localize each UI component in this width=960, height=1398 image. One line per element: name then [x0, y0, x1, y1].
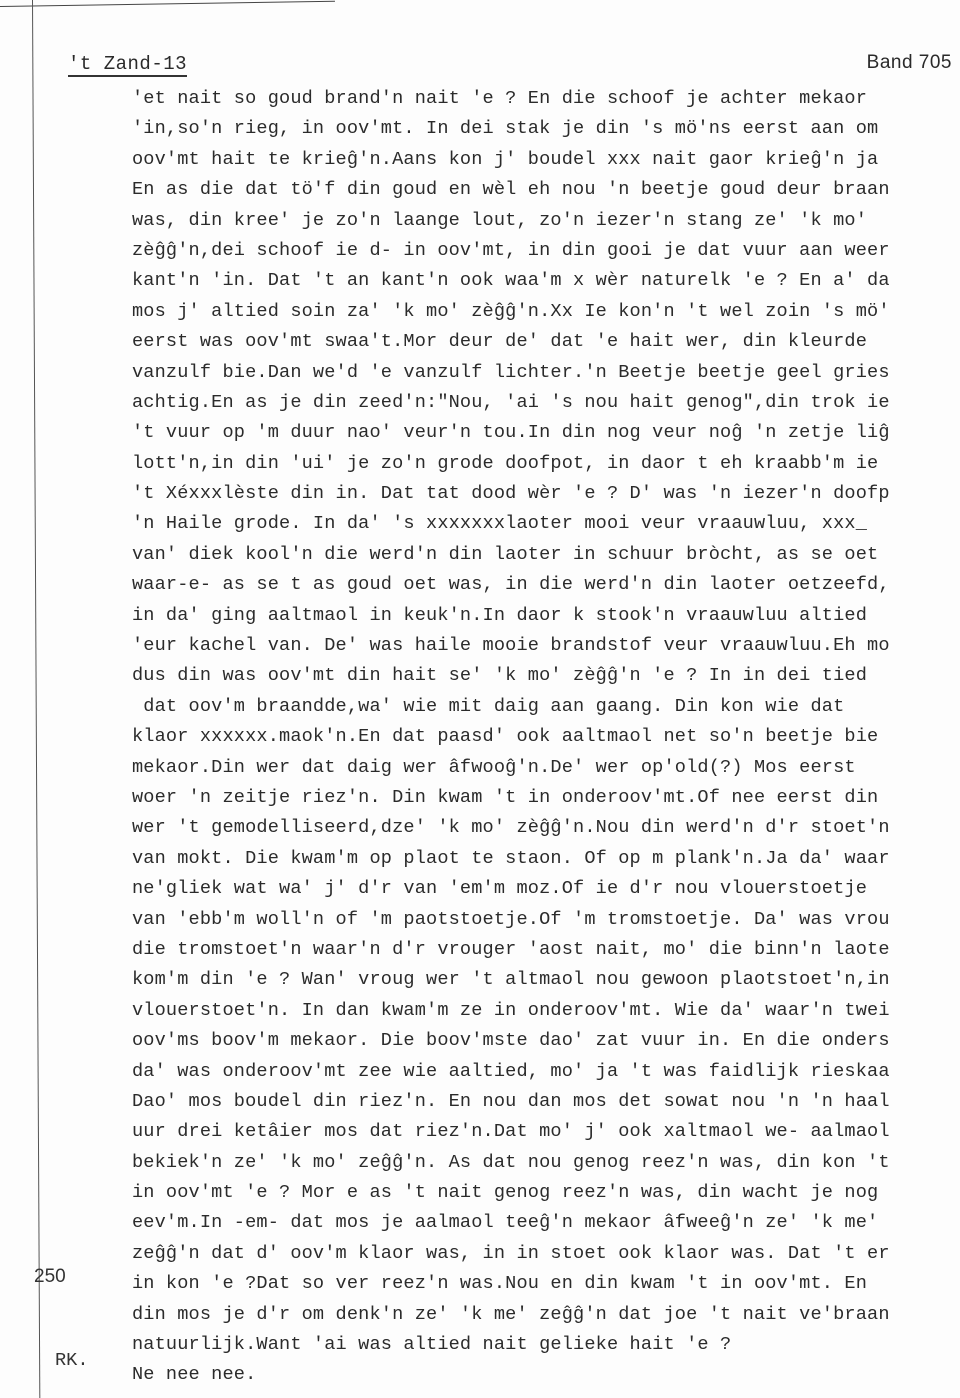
transcript-line: En as die dat tö'f din goud en wèl eh no…	[132, 175, 960, 205]
transcript-line: waar-e- as se t as goud oet was, in die …	[132, 570, 960, 600]
top-rule	[0, 1, 335, 7]
transcript-line: da' was onderoov'mt zee wie aaltied, mo'…	[132, 1057, 960, 1087]
transcript-line: kant'n 'in. Dat 't an kant'n ook waa'm x…	[132, 266, 960, 296]
transcript-line: van mokt. Die kwam'm op plaot te staon. …	[132, 844, 960, 874]
transcript-line: 'eur kachel van. De' was haile mooie bra…	[132, 631, 960, 661]
transcript-line: was, din kree' je zo'n laange lout, zo'n…	[132, 206, 960, 236]
transcript-line: natuurlijk.Want 'ai was altied nait geli…	[132, 1330, 960, 1360]
transcript-line: oov'mt hait te krieĝ'n.Aans kon j' boude…	[132, 145, 960, 175]
transcript-line: zèĝĝ'n,dei schoof ie d- in oov'mt, in di…	[132, 236, 960, 266]
transcript-line: ne'gliek wat wa' j' d'r van 'em'm moz.Of…	[132, 874, 960, 904]
transcript-line: achtig.En as je din zeed'n:"Nou, 'ai 's …	[132, 388, 960, 418]
transcript-line: mos j' altied soin za' 'k mo' zèĝĝ'n.Xx …	[132, 297, 960, 327]
transcript-line: van' diek kool'n die werd'n din laoter i…	[132, 540, 960, 570]
transcript-line: woer 'n zeitje riez'n. Din kwam 't in on…	[132, 783, 960, 813]
transcript-line: in oov'mt 'e ? Mor e as 't nait genog re…	[132, 1178, 960, 1208]
speaker-label: RK.	[55, 1350, 88, 1371]
transcript-line: Ne nee nee.	[132, 1360, 960, 1390]
tape-number: Band 705	[867, 52, 952, 74]
transcript-line: kom'm din 'e ? Wan' vroug wer 't altmaol…	[132, 965, 960, 995]
transcript-line: uur drei ketâier mos dat riez'n.Dat mo' …	[132, 1117, 960, 1147]
transcript-line: dus din was oov'mt din hait se' 'k mo' z…	[132, 661, 960, 691]
transcript-line: din mos je d'r om denk'n ze' 'k me' zeĝĝ…	[132, 1300, 960, 1330]
transcript-line: dat oov'm braandde,wa' wie mit daig aan …	[132, 692, 960, 722]
transcript-line: bekiek'n ze' 'k mo' zeĝĝ'n. As dat nou g…	[132, 1148, 960, 1178]
margin-line	[32, 0, 40, 1398]
document-title: 't Zand-13	[68, 54, 187, 77]
transcript-line: eev'm.In -em- dat mos je aalmaol teeĝ'n …	[132, 1208, 960, 1238]
transcript-line: oov'ms boov'm mekaor. Die boov'mste dao'…	[132, 1026, 960, 1056]
transcript-line: Dao' mos boudel din riez'n. En nou dan m…	[132, 1087, 960, 1117]
transcript-line: 't Xéxxxlèste din in. Dat tat dood wèr '…	[132, 479, 960, 509]
typewritten-page: 't Zand-13 Band 705 'et nait so goud bra…	[0, 0, 960, 1398]
transcript-line: in kon 'e ?Dat so ver reez'n was.Nou en …	[132, 1269, 960, 1299]
transcript-line: vlouerstoet'n. In dan kwam'm ze in onder…	[132, 996, 960, 1026]
transcript-line: die tromstoet'n waar'n d'r vrouger 'aost…	[132, 935, 960, 965]
transcript-line: mekaor.Din wer dat daig wer âfwooĝ'n.De'…	[132, 753, 960, 783]
transcript-line: wer 't gemodelliseerd,dze' 'k mo' zèĝĝ'n…	[132, 813, 960, 843]
transcript-body: 'et nait so goud brand'n nait 'e ? En di…	[132, 84, 960, 1391]
margin-line-number: 250	[34, 1266, 66, 1288]
transcript-line: 't vuur op 'm duur nao' veur'n tou.In di…	[132, 418, 960, 448]
transcript-line: 'in,so'n rieg, in oov'mt. In dei stak je…	[132, 114, 960, 144]
transcript-line: 'n Haile grode. In da' 's xxxxxxxlaoter …	[132, 509, 960, 539]
transcript-line: zeĝĝ'n dat d' oov'm klaor was, in in sto…	[132, 1239, 960, 1269]
transcript-line: klaor xxxxxx.maok'n.En dat paasd' ook aa…	[132, 722, 960, 752]
transcript-line: in da' ging aaltmaol in keuk'n.In daor k…	[132, 601, 960, 631]
transcript-line: van 'ebb'm woll'n of 'm paotstoetje.Of '…	[132, 905, 960, 935]
transcript-line: eerst was oov'mt swaa't.Mor deur de' dat…	[132, 327, 960, 357]
transcript-line: lott'n,in din 'ui' je zo'n grode doofpot…	[132, 449, 960, 479]
transcript-line: 'et nait so goud brand'n nait 'e ? En di…	[132, 84, 960, 114]
transcript-line: vanzulf bie.Dan we'd 'e vanzulf lichter.…	[132, 358, 960, 388]
